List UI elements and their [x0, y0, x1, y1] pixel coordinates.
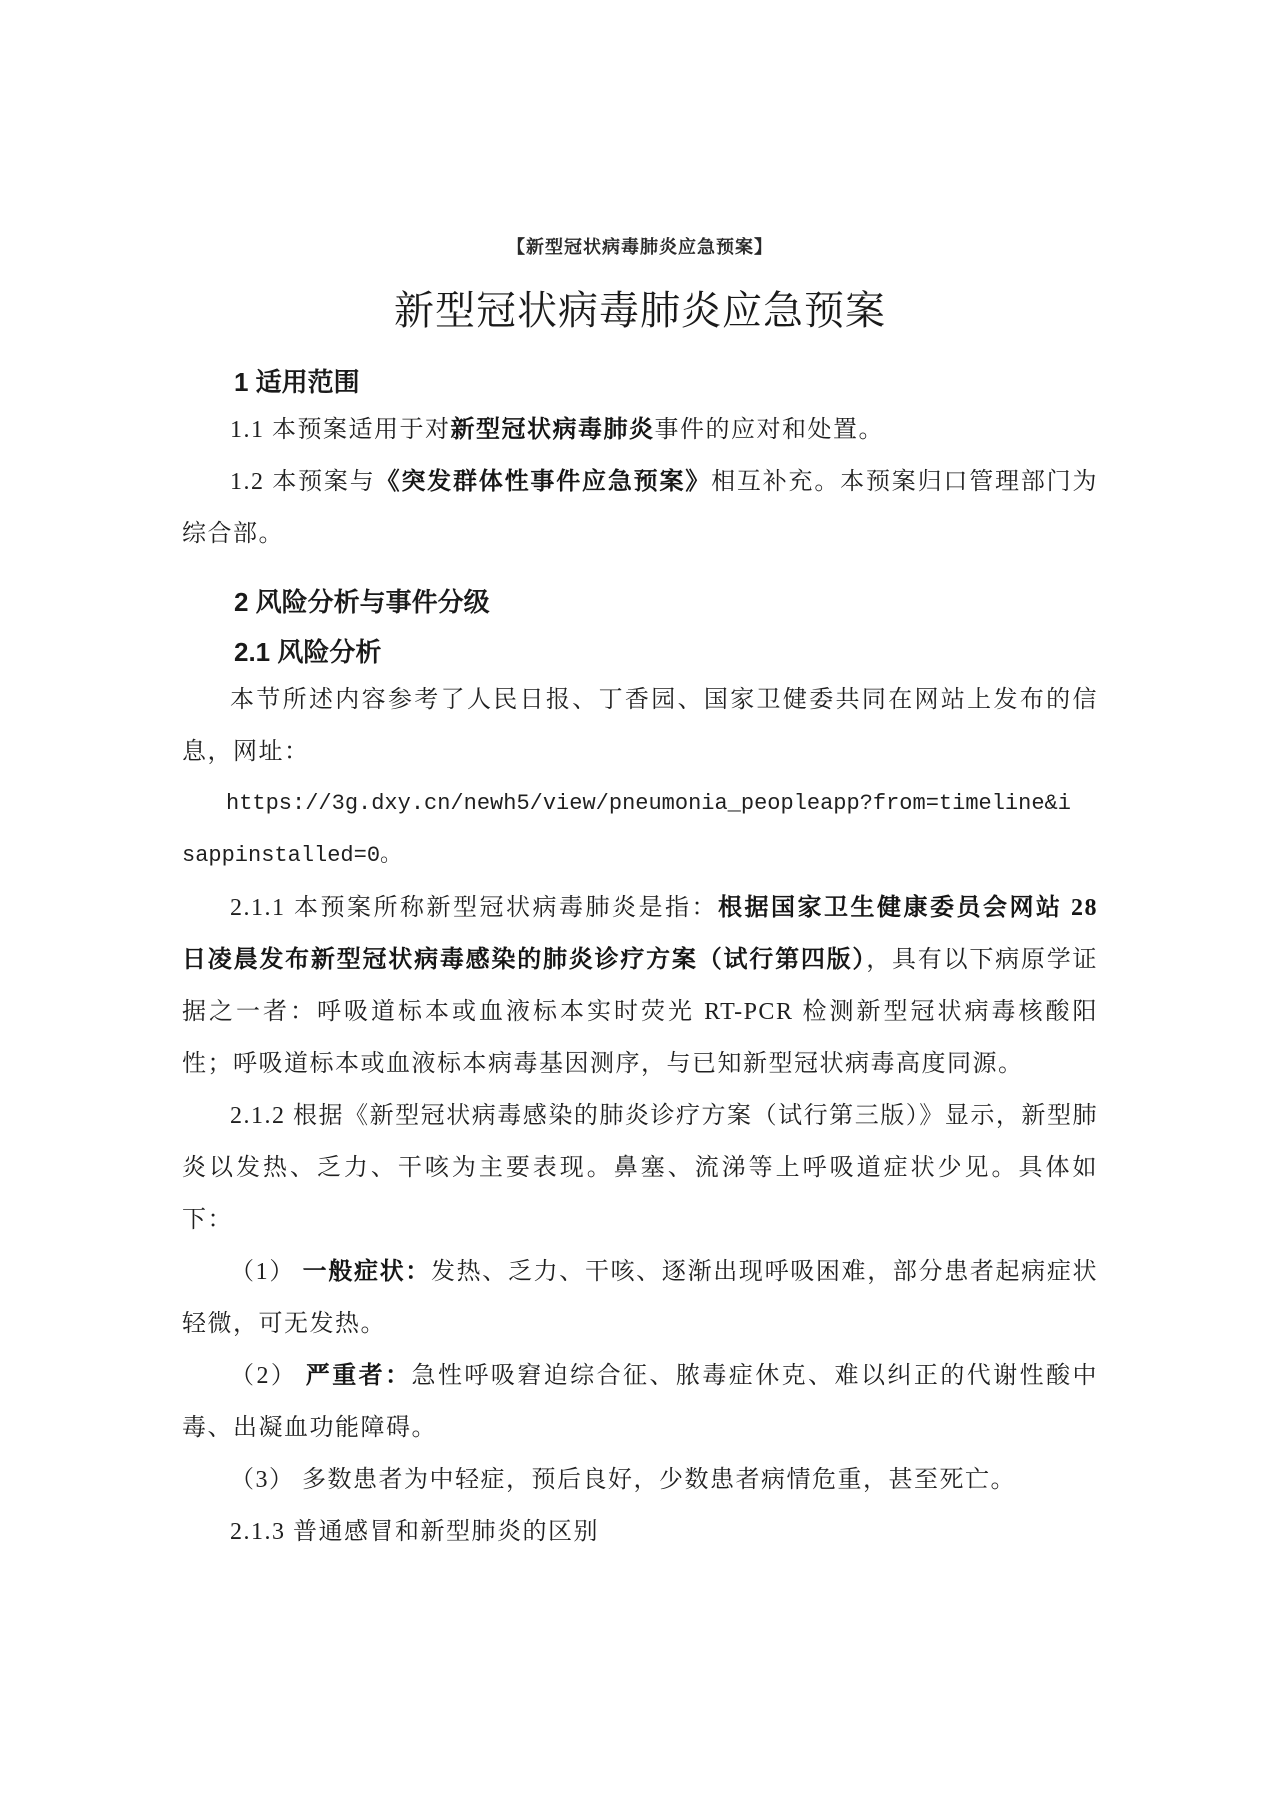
paragraph-reference-sources: 本节所述内容参考了人民日报、丁香园、国家卫健委共同在网站上发布的信息，网址：: [182, 674, 1098, 778]
text-run: （2）: [230, 1363, 306, 1389]
text-run: （1）: [230, 1259, 303, 1285]
text-run: 事件的应对和处置。: [655, 417, 885, 443]
document-header: 【新型冠状病毒肺炎应急预案】: [182, 236, 1098, 258]
list-item-1: （1） 一般症状：发热、乏力、干咳、逐渐出现呼吸困难，部分患者起病症状轻微，可无…: [182, 1246, 1098, 1350]
list-item-2: （2） 严重者：急性呼吸窘迫综合征、脓毒症休克、难以纠正的代谢性酸中毒、出凝血功…: [182, 1350, 1098, 1454]
document-page: 【新型冠状病毒肺炎应急预案】 新型冠状病毒肺炎应急预案 1 适用范围 1.1 本…: [0, 0, 1280, 1811]
text-run-bold: 严重者：: [306, 1363, 412, 1389]
heading-section-2-1: 2.1 风险分析: [182, 630, 1098, 674]
text-run: 2.1.1 本预案所称新型冠状病毒肺炎是指：: [230, 895, 718, 921]
text-run: 1.2 本预案与: [230, 469, 376, 495]
paragraph-2-1-3: 2.1.3 普通感冒和新型肺炎的区别: [182, 1506, 1098, 1558]
url-text-line-2: sappinstalled=0。: [182, 830, 1098, 882]
paragraph-url: https://3g.dxy.cn/newh5/view/pneumonia_p…: [182, 778, 1098, 882]
url-text-line-1: https://3g.dxy.cn/newh5/view/pneumonia_p…: [182, 778, 1098, 830]
text-run-bold: 《突发群体性事件应急预案》: [376, 469, 712, 495]
document-viewer: { "doc": { "header": "【新型冠状病毒肺炎应急预案】", "…: [0, 0, 1280, 1811]
paragraph-1-2: 1.2 本预案与《突发群体性事件应急预案》相互补充。本预案归口管理部门为综合部。: [182, 456, 1098, 560]
heading-section-2: 2 风险分析与事件分级: [182, 580, 1098, 624]
paragraph-1-1: 1.1 本预案适用于对新型冠状病毒肺炎事件的应对和处置。: [182, 404, 1098, 456]
paragraph-2-1-2: 2.1.2 根据《新型冠状病毒感染的肺炎诊疗方案（试行第三版）》显示，新型肺炎以…: [182, 1090, 1098, 1246]
text-run: 1.1 本预案适用于对: [230, 417, 451, 443]
list-item-3: （3） 多数患者为中轻症，预后良好，少数患者病情危重，甚至死亡。: [182, 1454, 1098, 1506]
document-title: 新型冠状病毒肺炎应急预案: [182, 284, 1098, 338]
paragraph-2-1-1: 2.1.1 本预案所称新型冠状病毒肺炎是指：根据国家卫生健康委员会网站 28 日…: [182, 882, 1098, 1090]
heading-section-1: 1 适用范围: [182, 360, 1098, 404]
text-run-bold: 一般症状：: [303, 1259, 431, 1285]
text-run-bold: 新型冠状病毒肺炎: [451, 417, 655, 443]
